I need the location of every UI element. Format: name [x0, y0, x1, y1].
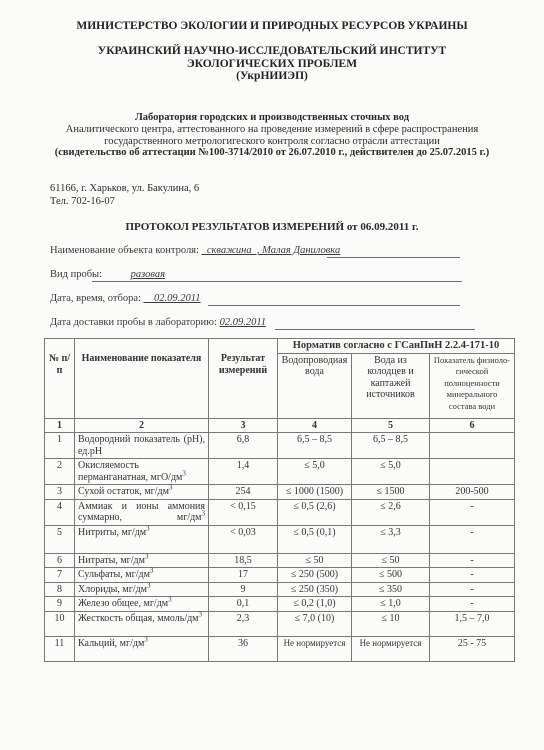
row-norm-well: Не нормируется: [352, 636, 430, 661]
row-norm-phys: [430, 433, 515, 459]
column-index: 5: [352, 418, 430, 433]
row-norm-phys: -: [430, 597, 515, 612]
laboratory-name: Лаборатория городских и производственных…: [0, 112, 544, 123]
column-index: 2: [75, 418, 209, 433]
row-indicator-name: Водородний показатель (рН), ед.рН: [75, 433, 209, 459]
institute-abbr: (УкрНИИЭП): [0, 70, 544, 83]
row-norm-phys: -: [430, 553, 515, 568]
row-num: 9: [45, 597, 75, 612]
row-norm-well: ≤ 1,0: [352, 597, 430, 612]
column-index-row: 123456: [45, 418, 515, 433]
row-result: < 0,15: [209, 499, 278, 525]
table-row: 4Аммиак и ионы аммония суммарно, мг/дм3<…: [45, 499, 515, 525]
indicator-label: Нитриты, мг/дм: [78, 527, 146, 538]
unit-superscript: 3: [147, 581, 151, 589]
laboratory-desc-line-1: Аналитического центра, аттестованного на…: [0, 124, 544, 136]
row-result: 17: [209, 568, 278, 583]
row-norm-tap: ≤ 250 (350): [278, 582, 352, 597]
row-norm-phys: -: [430, 525, 515, 553]
row-norm-phys: -: [430, 568, 515, 583]
row-result: < 0,03: [209, 525, 278, 553]
row-norm-tap: ≤ 250 (500): [278, 568, 352, 583]
sample-type-label: Вид пробы:: [50, 269, 102, 280]
row-norm-phys: 25 - 75: [430, 636, 515, 661]
row-norm-well: ≤ 5,0: [352, 459, 430, 485]
row-norm-phys: [430, 459, 515, 485]
row-result: 18,5: [209, 553, 278, 568]
indicator-label: Водородний показатель (рН), ед.рН: [78, 434, 205, 457]
sampling-date-value: __02.09.2011: [144, 293, 201, 304]
unit-superscript: 3: [199, 610, 203, 618]
row-indicator-name: Окисляемость перманганатная, мгО/дм3: [75, 459, 209, 485]
row-num: 3: [45, 485, 75, 500]
table-row: 9Железо общее, мг/дм30,1≤ 0,2 (1,0)≤ 1,0…: [45, 597, 515, 612]
header-num: № п/п: [45, 339, 75, 419]
unit-superscript: 3: [146, 524, 150, 532]
row-indicator-name: Нитраты, мг/дм3: [75, 553, 209, 568]
indicator-label: Кальций, мг/дм: [78, 638, 144, 649]
column-index: 1: [45, 418, 75, 433]
row-indicator-name: Хлориды, мг/дм3: [75, 582, 209, 597]
row-result: 0,1: [209, 597, 278, 612]
ministry-heading: МИНИСТЕРСТВО ЭКОЛОГИИ И ПРИРОДНЫХ РЕСУРС…: [0, 20, 544, 32]
unit-superscript: 3: [144, 635, 148, 643]
row-norm-tap: ≤ 1000 (1500): [278, 485, 352, 500]
institute-line-2: ЭКОЛОГИЧЕСКИХ ПРОБЛЕМ: [0, 58, 544, 71]
row-norm-well: ≤ 10: [352, 611, 430, 636]
row-indicator-name: Нитриты, мг/дм3: [75, 525, 209, 553]
unit-superscript: 3: [168, 596, 172, 604]
sample-type-underline: [92, 281, 462, 282]
row-indicator-name: Железо общее, мг/дм3: [75, 597, 209, 612]
indicator-label: Нитраты, мг/дм: [78, 555, 145, 566]
header-well-water: Вода из колодцев и каптажей источников: [352, 353, 430, 418]
indicator-label: Жесткость общая, ммоль/дм: [78, 613, 199, 624]
row-norm-tap: ≤ 0,2 (1,0): [278, 597, 352, 612]
address-street: 61166, г. Харьков, ул. Бакулина, 6: [50, 183, 199, 196]
column-index: 6: [430, 418, 515, 433]
row-indicator-name: Сульфаты, мг/дм3: [75, 568, 209, 583]
row-num: 1: [45, 433, 75, 459]
row-num: 6: [45, 553, 75, 568]
indicator-label: Хлориды, мг/дм: [78, 584, 147, 595]
row-result: 6,8: [209, 433, 278, 459]
row-norm-well: ≤ 50: [352, 553, 430, 568]
row-norm-well: 6,5 – 8,5: [352, 433, 430, 459]
table-row: 5Нитриты, мг/дм3< 0,03≤ 0,5 (0,1)≤ 3,3-: [45, 525, 515, 553]
row-norm-tap: ≤ 5,0: [278, 459, 352, 485]
address-block: 61166, г. Харьков, ул. Бакулина, 6 Тел. …: [50, 183, 199, 208]
institute-line-1: УКРАИНСКИЙ НАУЧНО-ИССЛЕДОВАТЕЛЬСКИЙ ИНСТ…: [0, 45, 544, 58]
row-num: 7: [45, 568, 75, 583]
row-result: 2,3: [209, 611, 278, 636]
row-result: 254: [209, 485, 278, 500]
row-norm-tap: Не нормируется: [278, 636, 352, 661]
results-table: № п/п Наименование показателя Результат …: [44, 338, 515, 662]
object-field: Наименование объекта контроля: _скважина…: [50, 245, 340, 256]
table-row: 11Кальций, мг/дм336Не нормируетсяНе норм…: [45, 636, 515, 661]
row-norm-tap: ≤ 7,0 (10): [278, 611, 352, 636]
row-result: 1,4: [209, 459, 278, 485]
row-norm-tap: ≤ 0,5 (2,6): [278, 499, 352, 525]
sampling-date-field: Дата, время, отбора: __02.09.2011: [50, 293, 201, 304]
row-norm-tap: ≤ 50: [278, 553, 352, 568]
address-phone: Тел. 702-16-07: [50, 196, 199, 209]
object-value: _скважина_, Малая Даниловка: [202, 245, 341, 256]
row-norm-well: ≤ 350: [352, 582, 430, 597]
object-underline: [327, 257, 460, 258]
indicator-label: Сухой остаток, мг/дм: [78, 486, 169, 497]
sampling-date-underline: [208, 305, 460, 306]
table-row: 1Водородний показатель (рН), ед.рН6,86,5…: [45, 433, 515, 459]
row-norm-well: ≤ 500: [352, 568, 430, 583]
row-num: 10: [45, 611, 75, 636]
laboratory-desc-line-2: государственного метрологигеского контро…: [0, 136, 544, 148]
row-norm-tap: 6,5 – 8,5: [278, 433, 352, 459]
indicator-label: Сульфаты, мг/дм: [78, 569, 150, 580]
table-row: 10Жесткость общая, ммоль/дм32,3≤ 7,0 (10…: [45, 611, 515, 636]
indicator-label: Аммиак и ионы аммония суммарно, мг/дм: [78, 501, 205, 524]
header-name: Наименование показателя: [75, 339, 209, 419]
row-norm-phys: 1,5 – 7,0: [430, 611, 515, 636]
certificate-info: (свидетельство об аттестации №100-3714/2…: [0, 147, 544, 158]
row-norm-well: ≤ 3,3: [352, 525, 430, 553]
unit-superscript: 3: [182, 469, 186, 477]
row-result: 36: [209, 636, 278, 661]
table-row: 3Сухой остаток, мг/дм3254≤ 1000 (1500)≤ …: [45, 485, 515, 500]
row-norm-phys: 200-500: [430, 485, 515, 500]
indicator-label: Железо общее, мг/дм: [78, 598, 168, 609]
protocol-title: ПРОТОКОЛ РЕЗУЛЬТАТОВ ИЗМЕРЕНИЙ от 06.09.…: [0, 221, 544, 233]
row-norm-well: ≤ 1500: [352, 485, 430, 500]
row-indicator-name: Жесткость общая, ммоль/дм3: [75, 611, 209, 636]
row-indicator-name: Аммиак и ионы аммония суммарно, мг/дм3: [75, 499, 209, 525]
indicator-label: Окисляемость перманганатная, мгО/дм: [78, 460, 182, 483]
header-physiological: Показатель физиоло-гической полноценност…: [430, 353, 515, 418]
row-norm-well: ≤ 2,6: [352, 499, 430, 525]
table-row: 8Хлориды, мг/дм39≤ 250 (350)≤ 350-: [45, 582, 515, 597]
table-header-row: № п/п Наименование показателя Результат …: [45, 339, 515, 354]
table-body: 1Водородний показатель (рН), ед.рН6,86,5…: [45, 433, 515, 662]
object-label: Наименование объекта контроля:: [50, 245, 199, 256]
row-norm-phys: -: [430, 499, 515, 525]
unit-superscript: 3: [202, 510, 206, 518]
row-indicator-name: Сухой остаток, мг/дм3: [75, 485, 209, 500]
row-indicator-name: Кальций, мг/дм3: [75, 636, 209, 661]
column-index: 3: [209, 418, 278, 433]
unit-superscript: 3: [145, 552, 149, 560]
row-num: 11: [45, 636, 75, 661]
header-tap-water: Водопроводиая вода: [278, 353, 352, 418]
row-num: 2: [45, 459, 75, 485]
institute-heading: УКРАИНСКИЙ НАУЧНО-ИССЛЕДОВАТЕЛЬСКИЙ ИНСТ…: [0, 45, 544, 83]
row-norm-tap: ≤ 0,5 (0,1): [278, 525, 352, 553]
sample-type-field: Вид пробы: разовая: [50, 269, 165, 280]
row-norm-phys: -: [430, 582, 515, 597]
sampling-date-label: Дата, время, отбора:: [50, 293, 141, 304]
header-result: Результат измерений: [209, 339, 278, 419]
sample-type-value: разовая: [131, 269, 165, 280]
delivery-date-label: Дата доставки пробы в лабораторию:: [50, 317, 217, 328]
unit-superscript: 3: [169, 484, 173, 492]
header-norm-group: Норматив согласно с ГСанПиН 2.2.4-171-10: [278, 339, 515, 354]
table-row: 6Нитраты, мг/дм318,5≤ 50≤ 50-: [45, 553, 515, 568]
row-num: 5: [45, 525, 75, 553]
row-result: 9: [209, 582, 278, 597]
unit-superscript: 3: [150, 567, 154, 575]
row-num: 8: [45, 582, 75, 597]
column-index: 4: [278, 418, 352, 433]
delivery-date-value: 02.09.2011: [220, 317, 266, 328]
table-row: 7Сульфаты, мг/дм317≤ 250 (500)≤ 500-: [45, 568, 515, 583]
table-row: 2Окисляемость перманганатная, мгО/дм31,4…: [45, 459, 515, 485]
row-num: 4: [45, 499, 75, 525]
delivery-date-underline: [275, 329, 475, 330]
delivery-date-field: Дата доставки пробы в лабораторию: 02.09…: [50, 317, 266, 328]
laboratory-description: Аналитического центра, аттестованного на…: [0, 124, 544, 147]
